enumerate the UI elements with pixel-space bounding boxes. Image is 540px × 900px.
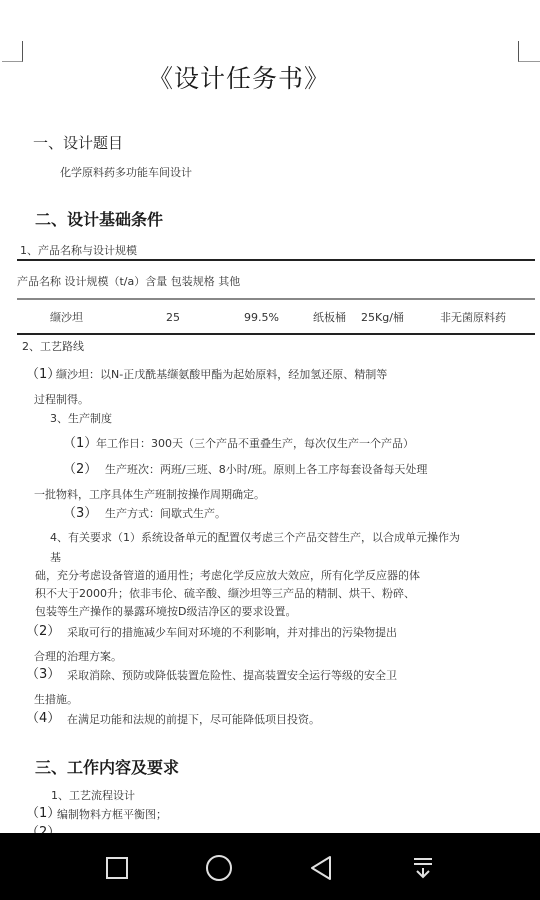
square-icon: [105, 856, 129, 880]
list-number: （3）: [63, 507, 97, 520]
requirements-line3: 础，充分考虑设备管道的通用性；考虑化学反应放大效应，所有化学反应器的体: [35, 570, 420, 581]
investment-text: 在满足功能和法规的前提下，尽可能降低项目投资。: [67, 714, 320, 725]
back-button[interactable]: [306, 853, 336, 883]
table-bottom-rule: [17, 333, 535, 335]
page-corner-mark-left: [2, 41, 23, 62]
subheading-production-system: 3、生产制度: [50, 413, 112, 424]
list-number: （4）: [26, 712, 60, 725]
process-route-text-line2: 过程制得。: [34, 394, 89, 405]
work-days-text: 年工作日：300天（三个产品不重叠生产，每次仅生产一个产品）: [96, 438, 414, 449]
list-number: （2）: [63, 463, 97, 476]
requirements-line1: 4、有关要求（1）系统设备单元的配置仅考虑三个产品交替生产，以合成单元操作为: [50, 532, 460, 543]
design-topic-text: 化学原料药多功能车间设计: [60, 167, 192, 178]
requirements-line2: 基: [50, 552, 61, 563]
section-heading-work-content: 三、工作内容及要求: [35, 760, 179, 776]
process-route-text-line1: 缬沙坦：以N-正戊酰基缬氨酸甲酯为起始原料，经加氢还原、精制等: [56, 369, 387, 380]
list-number: （1）: [63, 437, 97, 450]
home-button[interactable]: [204, 853, 234, 883]
cell-packaging-spec: 25Kg/桶: [361, 312, 404, 323]
requirements-line5: 包装等生产操作的暴露环境按D级洁净区的要求设置。: [35, 606, 296, 617]
section-heading-basic-conditions: 二、设计基础条件: [35, 212, 163, 228]
production-mode-text: 生产方式：间歇式生产。: [105, 508, 226, 519]
environment-text-line2: 合理的治理方案。: [34, 651, 122, 662]
pull-down-icon: [411, 856, 435, 880]
page-corner-mark-right: [518, 41, 540, 62]
section-heading-design-topic: 一、设计题目: [33, 136, 123, 151]
cell-design-scale: 25: [166, 312, 180, 323]
circle-icon: [205, 854, 233, 882]
notifications-pull-down-button[interactable]: [408, 853, 438, 883]
recent-apps-button[interactable]: [102, 853, 132, 883]
list-number: （1）: [26, 807, 60, 820]
cell-other: 非无菌原料药: [440, 312, 506, 323]
requirements-line4: 积不大于2000升；依非韦伦、硫辛酸、缬沙坦等三产品的精制、烘干、粉碎、: [35, 588, 415, 599]
subheading-process-route: 2、工艺路线: [22, 341, 84, 352]
cell-content: 99.5%: [244, 312, 279, 323]
subheading-product-scale: 1、产品名称与设计规模: [20, 245, 137, 256]
table-header-rule: [17, 298, 535, 300]
list-number: （3）: [26, 668, 60, 681]
cell-packaging-type: 纸板桶: [313, 312, 346, 323]
document-title: 《设计任务书》: [148, 66, 330, 91]
subheading-process-flow-design: 1、工艺流程设计: [51, 790, 135, 801]
table-header-row: 产品名称 设计规模（t/a）含量 包装规格 其他: [17, 276, 240, 287]
environment-text-line1: 采取可行的措施减少车间对环境的不利影响，并对排出的污染物提出: [67, 627, 397, 638]
triangle-back-icon: [309, 855, 333, 881]
system-navigation-bar: [0, 833, 540, 900]
material-balance-text: 编制物料方框平衡图；: [57, 809, 167, 820]
shifts-text-line1: 生产班次：两班/三班、8小时/班。原则上各工序每套设备每天处理: [105, 464, 427, 475]
safety-text-line2: 生措施。: [34, 694, 78, 705]
list-number-partial: （2）: [26, 826, 60, 833]
shifts-text-line2: 一批物料，工序具体生产班制按操作周期确定。: [34, 489, 265, 500]
cell-product-name: 缬沙坦: [50, 312, 83, 323]
safety-text-line1: 采取消除、预防或降低装置危险性、提高装置安全运行等级的安全卫: [67, 670, 397, 681]
table-top-rule: [17, 259, 535, 261]
list-number: （2）: [26, 625, 60, 638]
document-page[interactable]: 《设计任务书》 一、设计题目 化学原料药多功能车间设计 二、设计基础条件 1、产…: [0, 0, 540, 833]
